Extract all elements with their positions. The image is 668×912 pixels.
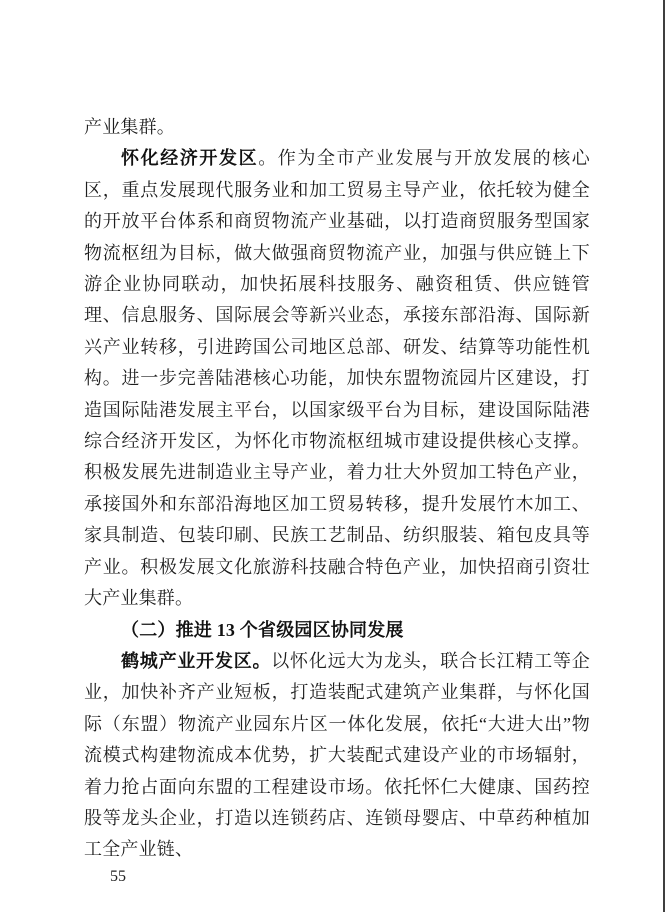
document-page: 产业集群。 怀化经济开发区。作为全市产业发展与开放发展的核心区，重点发展现代服务… — [0, 0, 668, 912]
huaihua-zone-title: 怀化经济开发区 — [121, 148, 258, 168]
document-body: 产业集群。 怀化经济开发区。作为全市产业发展与开放发展的核心区，重点发展现代服务… — [84, 112, 590, 866]
hecheng-zone-title: 鹤城产业开发区。 — [121, 651, 271, 671]
hecheng-zone-body-text: 以怀化远大为龙头，联合长江精工等企业，加快补齐产业短板，打造装配式建筑产业集群，… — [84, 651, 590, 859]
section-heading-text: （二）推进 13 个省级园区协同发展 — [121, 620, 404, 640]
paragraph-continuation: 产业集群。 — [84, 112, 590, 143]
paragraph-huaihua-economic-development-zone: 怀化经济开发区。作为全市产业发展与开放发展的核心区，重点发展现代服务业和加工贸易… — [84, 143, 590, 614]
paragraph-continuation-text: 产业集群。 — [84, 117, 175, 137]
paragraph-hecheng-industrial-development-zone: 鹤城产业开发区。以怀化远大为龙头，联合长江精工等企业，加快补齐产业短板，打造装配… — [84, 646, 590, 866]
page-number: 55 — [110, 868, 126, 886]
huaihua-zone-body-text: 。作为全市产业发展与开放发展的核心区，重点发展现代服务业和加工贸易主导产业，依托… — [84, 148, 590, 608]
section-heading-provincial-parks: （二）推进 13 个省级园区协同发展 — [84, 615, 590, 646]
scan-edge-artifact — [663, 0, 665, 912]
